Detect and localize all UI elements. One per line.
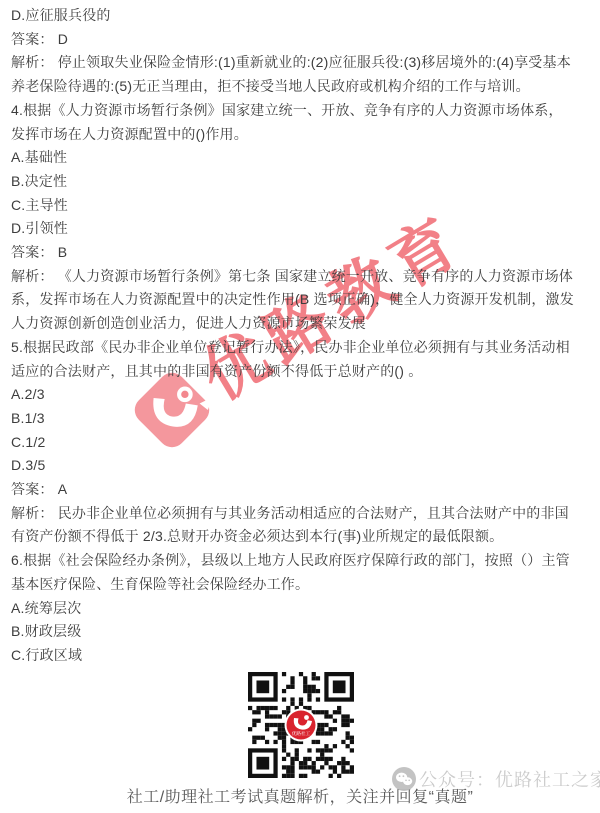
analysis-paragraph: 解析： 民办非企业单位必须拥有与其业务活动相适应的合法财产，且其合法财产中的非国… <box>11 502 575 549</box>
wechat-icon <box>392 767 416 791</box>
option-line: D.引领性 <box>11 217 575 241</box>
option-line: A.基础性 <box>11 146 575 170</box>
answer-line: 答案： B <box>11 241 575 265</box>
option-line: C.主导性 <box>11 194 575 218</box>
option-line: A.2/3 <box>11 383 575 407</box>
analysis-paragraph: 解析： 《人力资源市场暂行条例》第七条 国家建立统一开放、竞争有序的人力资源市场… <box>11 265 575 336</box>
option-line: C.行政区域 <box>11 644 575 668</box>
option-line: B.1/3 <box>11 407 575 431</box>
question-paragraph: 5.根据民政部《民办非企业单位登记暂行办法》，民办非企业单位必须拥有与其业务活动… <box>11 336 575 383</box>
option-line: A.统筹层次 <box>11 597 575 621</box>
answer-line: 答案： D <box>11 28 575 52</box>
analysis-paragraph: 解析： 停止领取失业保险金情形:(1)重新就业的:(2)应征服兵役:(3)移居境… <box>11 51 575 98</box>
option-line: B.决定性 <box>11 170 575 194</box>
official-account-overlay: 公众号：优路社工之家 <box>392 766 600 792</box>
option-line: D.应征服兵役的 <box>11 4 575 28</box>
wechat-qr-code: 优路社工 <box>248 672 354 778</box>
svg-text:优路社工: 优路社工 <box>292 730 311 737</box>
official-account-label: 公众号：优路社工之家 <box>419 766 600 792</box>
answer-line: 答案： A <box>11 478 575 502</box>
question-paragraph: 4.根据《人力资源市场暂行条例》国家建立统一、开放、竞争有序的人力资源市场体系，… <box>11 99 575 146</box>
option-line: B.财政层级 <box>11 620 575 644</box>
question-paragraph: 6.根据《社会保险经办条例》，县级以上地方人民政府医疗保障行政的部门，按照（）主… <box>11 549 575 596</box>
exam-content: D.应征服兵役的 答案： D 解析： 停止领取失业保险金情形:(1)重新就业的:… <box>0 0 582 668</box>
option-line: D.3/5 <box>11 454 575 478</box>
option-line: C.1/2 <box>11 431 575 455</box>
exam-answer-page: 优路教育 D.应征服兵役的 答案： D 解析： 停止领取失业保险金情形:(1)重… <box>0 0 600 813</box>
